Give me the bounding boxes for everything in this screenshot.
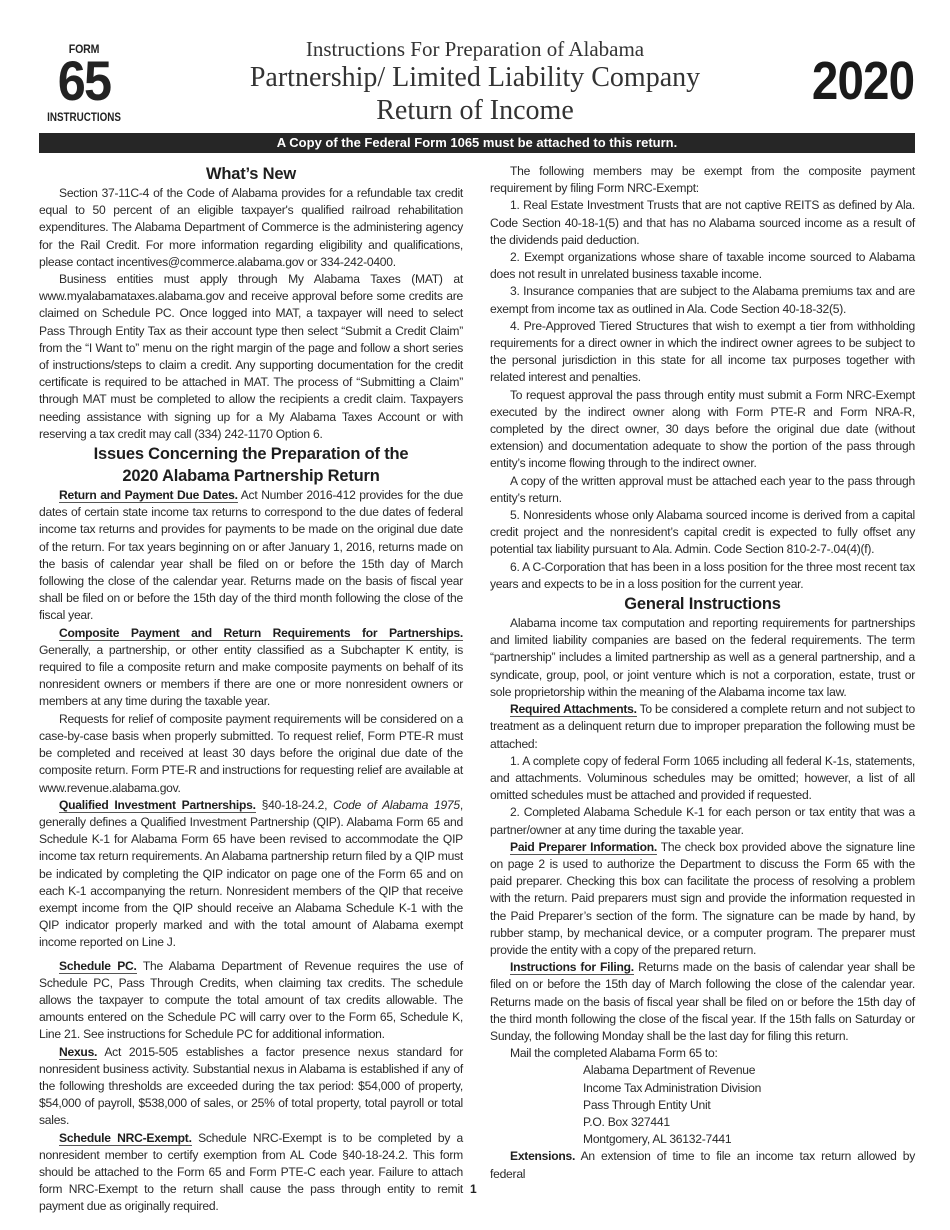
nexus-subheading: Nexus. (59, 1045, 97, 1060)
form-number-block: FORM 65 INSTRUCTIONS (38, 42, 130, 124)
address-line-5: Montgomery, AL 36132-7441 (583, 1131, 915, 1148)
exempt-item-5: 5. Nonresidents whose only Alabama sourc… (490, 507, 915, 559)
tax-year: 2020 (812, 50, 914, 112)
issues-heading-line-2: 2020 Alabama Partnership Return (39, 465, 463, 487)
exempt-intro: The following members may be exempt from… (490, 163, 915, 197)
issues-heading: Issues Concerning the Preparation of the… (39, 443, 463, 487)
composite-subheading: Composite Payment and Return Requirement… (59, 626, 463, 641)
address-line-3: Pass Through Entity Unit (583, 1097, 915, 1114)
exempt-item-4: 4. Pre-Approved Tiered Structures that w… (490, 318, 915, 387)
page-number: 1 (470, 1182, 477, 1196)
extensions-subheading: Extensions. (510, 1149, 575, 1163)
exempt-item-1: 1. Real Estate Investment Trusts that ar… (490, 197, 915, 249)
general-instructions-paragraph: Alabama income tax computation and repor… (490, 615, 915, 701)
document-title: Instructions For Preparation of Alabama … (200, 36, 750, 128)
attachment-item-2: 2. Completed Alabama Schedule K-1 for ea… (490, 804, 915, 838)
title-line-3: Return of Income (200, 94, 750, 128)
qip-text-a: §40-18-24.2, (256, 798, 333, 812)
exempt-item-2: 2. Exempt organizations whose share of t… (490, 249, 915, 283)
right-column: The following members may be exempt from… (490, 163, 915, 1183)
nrc-exempt-subheading: Schedule NRC-Exempt. (59, 1131, 192, 1146)
whats-new-paragraph-1: Section 37-11C-4 of the Code of Alabama … (39, 185, 463, 271)
qip-paragraph: Qualified Investment Partnerships. §40-1… (39, 797, 463, 952)
paid-preparer-paragraph: Paid Preparer Information. The check box… (490, 839, 915, 959)
due-dates-text: Act Number 2016-412 provides for the due… (39, 488, 463, 622)
due-dates-paragraph: Return and Payment Due Dates. Act Number… (39, 487, 463, 625)
paid-preparer-subheading: Paid Preparer Information. (510, 840, 657, 855)
written-approval-paragraph: A copy of the written approval must be a… (490, 473, 915, 507)
general-instructions-heading: General Instructions (490, 593, 915, 615)
whats-new-heading: What’s New (39, 163, 463, 185)
paid-preparer-text: The check box provided above the signatu… (490, 840, 915, 957)
request-approval-paragraph: To request approval the pass through ent… (490, 387, 915, 473)
form-number: 65 (43, 56, 126, 106)
nrc-exempt-paragraph: Schedule NRC-Exempt. Schedule NRC-Exempt… (39, 1130, 463, 1216)
required-attachments-subheading: Required Attachments. (510, 702, 637, 717)
left-column: What’s New Section 37-11C-4 of the Code … (39, 163, 463, 1216)
relief-paragraph: Requests for relief of composite payment… (39, 711, 463, 797)
address-line-2: Income Tax Administration Division (583, 1080, 915, 1097)
qip-code-reference: Code of Alabama 1975 (333, 798, 460, 812)
instruction-page: FORM 65 INSTRUCTIONS Instructions For Pr… (0, 0, 950, 1230)
composite-paragraph: Composite Payment and Return Requirement… (39, 625, 463, 711)
title-line-2: Partnership/ Limited Liability Company (200, 62, 750, 94)
extensions-paragraph: Extensions. An extension of time to file… (490, 1148, 915, 1182)
attachment-banner: A Copy of the Federal Form 1065 must be … (39, 133, 915, 153)
filing-paragraph: Instructions for Filing. Returns made on… (490, 959, 915, 1045)
whats-new-paragraph-2: Business entities must apply through My … (39, 271, 463, 443)
qip-text-b: , generally defines a Qualified Investme… (39, 798, 463, 950)
schedule-pc-paragraph: Schedule PC. The Alabama Department of R… (39, 958, 463, 1044)
filing-subheading: Instructions for Filing. (510, 960, 634, 975)
address-line-4: P.O. Box 327441 (583, 1114, 915, 1131)
exempt-item-3: 3. Insurance companies that are subject … (490, 283, 915, 317)
title-line-1: Instructions For Preparation of Alabama (200, 36, 750, 62)
mail-intro: Mail the completed Alabama Form 65 to: (490, 1045, 915, 1062)
attachment-item-1: 1. A complete copy of federal Form 1065 … (490, 753, 915, 805)
nexus-paragraph: Nexus. Act 2015-505 establishes a factor… (39, 1044, 463, 1130)
issues-heading-line-1: Issues Concerning the Preparation of the (39, 443, 463, 465)
schedule-pc-subheading: Schedule PC. (59, 959, 137, 974)
address-line-1: Alabama Department of Revenue (583, 1062, 915, 1079)
qip-subheading: Qualified Investment Partnerships. (59, 798, 256, 813)
required-attachments-paragraph: Required Attachments. To be considered a… (490, 701, 915, 753)
exempt-item-6: 6. A C-Corporation that has been in a lo… (490, 559, 915, 593)
composite-text: Generally, a partnership, or other entit… (39, 643, 463, 709)
mailing-address: Alabama Department of Revenue Income Tax… (490, 1062, 915, 1148)
nexus-text: Act 2015-505 establishes a factor presen… (39, 1045, 463, 1128)
instructions-label: INSTRUCTIONS (46, 110, 121, 124)
due-dates-subheading: Return and Payment Due Dates. (59, 488, 238, 503)
